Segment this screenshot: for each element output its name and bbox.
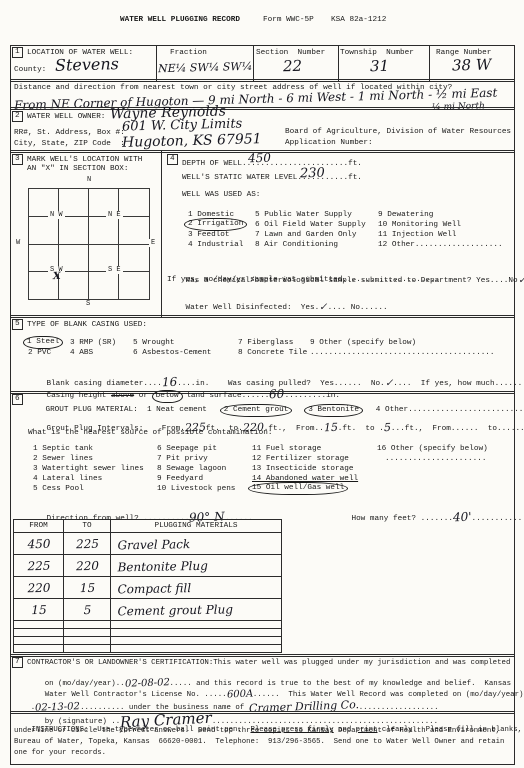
contam-option-4: 4 Lateral lines: [33, 474, 102, 484]
used-option-5: 5 Public Water Supply: [255, 210, 352, 220]
compass-w-label: W: [14, 239, 22, 247]
casing-option-3: 3 RMP (SR): [70, 338, 116, 348]
casing-option-2: 2 PVC: [28, 348, 51, 358]
interval2-from-value: 15: [324, 422, 338, 433]
used-option-9: 9 Dewatering: [378, 210, 433, 220]
application-number-label: Application Number:: [285, 138, 373, 148]
divider: [429, 46, 430, 81]
chem-sample-no-checkmark: ✓: [517, 276, 524, 286]
divider: [338, 46, 339, 81]
used-option-8: 8 Air Conditioning: [255, 240, 338, 250]
statute-number: KSA 82a-1212: [331, 15, 386, 25]
contam-option-5: 5 Cess Pool: [33, 484, 84, 494]
table-row-empty: [14, 645, 282, 653]
well-location-x-mark: X: [53, 272, 61, 282]
well-used-as-label: WELL WAS USED AS:: [182, 190, 260, 200]
compass-e-label: E: [149, 239, 157, 247]
casing-option-8: 8 Concrete Tile: [238, 348, 307, 358]
disinfected-yes-checkmark: ✓: [319, 303, 328, 313]
water-well-plugging-record-form: WATER WELL PLUGGING RECORD Form WWC-5P K…: [0, 0, 524, 768]
certification-line1: CONTRACTOR'S OR LANDOWNER'S CERTIFICATIO…: [27, 658, 510, 668]
county-value: Stevens: [55, 56, 119, 74]
compass-n-label: N: [85, 176, 93, 184]
material-value: Compact fill: [110, 575, 281, 600]
contam-option-12: 12 Fertilizer storage: [252, 454, 349, 464]
city-state-zip-label: City, State, ZIP Code :: [14, 139, 125, 149]
to-value: [64, 629, 111, 637]
interval2-to-value: 5: [384, 422, 391, 433]
instructions-line2: underline or circle the correct answers.…: [14, 726, 500, 736]
city-state-zip-value: Hugoton, KS 67951: [122, 132, 262, 150]
section-number-value: 22: [283, 59, 302, 74]
section6-number: 6: [12, 394, 23, 405]
grid-line: [29, 244, 149, 245]
material-value: [111, 645, 282, 653]
used-option-12: 12 Other...................: [378, 240, 503, 250]
col-header-materials: PLUGGING MATERIALS: [111, 520, 282, 533]
interval-dots: ...ft., From...... to......ft.: [391, 425, 524, 433]
contam-option-2: 2 Sewer lines: [33, 454, 93, 464]
used-option-6: 6 Oil Field Water Supply: [255, 220, 366, 230]
from-value: 225: [13, 554, 63, 577]
section2-number: 2: [12, 111, 23, 122]
used-option-4: 4 Industrial: [188, 240, 243, 250]
col-header-to: TO: [64, 520, 111, 533]
to-value: [64, 645, 111, 653]
section7-number: 7: [12, 657, 23, 668]
material-value: Cement grout Plug: [110, 597, 281, 622]
disinfected-dots: .... No......: [328, 304, 388, 312]
divider: [253, 46, 254, 81]
plugging-intervals-table: FROM TO PLUGGING MATERIALS 450 225 Grave…: [13, 519, 282, 653]
compass-nw-label: N W: [48, 211, 65, 219]
grid-line: [29, 216, 149, 217]
how-many-feet-value: 40': [453, 511, 472, 524]
county-label: County:: [14, 65, 46, 75]
contam-option-3: 3 Watertight sewer lines: [33, 464, 144, 474]
section5-number: 5: [12, 319, 23, 330]
disinfected-label: Water Well Disinfected: Yes.: [185, 304, 319, 312]
interval-dots: .ft., From..: [264, 425, 324, 433]
section3-heading-line2: AN "X" IN SECTION BOX:: [27, 164, 129, 174]
address-label: RR#, St. Address, Box #:: [14, 128, 125, 138]
to-value: 220: [63, 554, 110, 577]
from-value: [14, 621, 64, 629]
casing-option-6: 6 Asbestos-Cement: [133, 348, 211, 358]
from-value: [14, 637, 64, 645]
section1-number: 1: [12, 47, 23, 58]
casing-option-5: 5 Wrought: [133, 338, 175, 348]
table-row-empty: [14, 637, 282, 645]
material-value: Gravel Pack: [110, 531, 281, 556]
casing-option-7: 7 Fiberglass: [238, 338, 293, 348]
static-water-level-label: WELL'S STATIC WATER LEVEL...........ft.: [182, 173, 362, 183]
contam-option-9: 9 Feedyard: [157, 474, 203, 484]
table-row: 450 225 Gravel Pack: [14, 533, 282, 555]
divider: [161, 151, 162, 317]
used-option-3: 3 Feedlot: [188, 230, 230, 240]
grid-line: [29, 271, 149, 272]
contam-option-8: 8 Sewage lagoon: [157, 464, 226, 474]
compass-se-label: S E: [106, 266, 123, 274]
casing-pulled-no-checkmark: ✓: [385, 379, 394, 389]
form-title: WATER WELL PLUGGING RECORD: [120, 15, 240, 25]
how-many-feet-line: How many feet? .......40'...........: [333, 500, 522, 534]
instructions-line3: Bureau of Water, Topeka, Kansas 66620-00…: [14, 737, 504, 747]
casing-pulled-dots: .... If yes, how much............: [393, 380, 524, 388]
fraction-label: Fraction: [170, 48, 207, 58]
depth-of-well-label: DEPTH OF WELL.......................ft.: [182, 159, 362, 169]
from-value: 450: [13, 532, 63, 555]
col-header-from: FROM: [14, 520, 64, 533]
table-header-row: FROM TO PLUGGING MATERIALS: [14, 520, 282, 533]
contam-option-1: 1 Septic tank: [33, 444, 93, 454]
contam-option-16: 16 Other (specify below): [377, 444, 488, 454]
from-value: [14, 645, 64, 653]
contamination-question: What is the nearest source of possible c…: [28, 428, 273, 438]
to-value: [64, 621, 111, 629]
contam-other-dots: ......................: [385, 454, 487, 464]
casing-other-dots: ........................................: [310, 348, 495, 358]
interval-dots: .ft. to .: [338, 425, 384, 433]
range-number-value: 38 W: [452, 57, 492, 73]
from-value: [14, 629, 64, 637]
divider: [156, 46, 157, 81]
contam-option-15-circled: 15 Oil well/Gas well: [248, 482, 348, 495]
material-value: [111, 629, 282, 637]
casing-option-4: 4 ABS: [70, 348, 93, 358]
material-value: [111, 637, 282, 645]
township-number-value: 31: [370, 59, 389, 74]
owner-label: WATER WELL OWNER:: [27, 112, 105, 122]
compass-ne-label: N E: [106, 211, 123, 219]
used-option-10: 10 Monitoring Well: [378, 220, 461, 230]
instructions-line4: one for your records.: [14, 748, 106, 758]
table-row-empty: [14, 629, 282, 637]
from-value: 220: [13, 576, 63, 599]
if-yes-sample-submitted-label: If yes, mo/day/yr sample was submitted..…: [167, 275, 439, 285]
depth-of-well-value: 450: [248, 152, 271, 165]
from-value: 15: [13, 598, 63, 621]
agency-label: Board of Agriculture, Division of Water …: [285, 127, 511, 137]
section5-heading: TYPE OF BLANK CASING USED:: [27, 320, 147, 330]
to-value: 225: [63, 532, 110, 555]
table-row: 225 220 Bentonite Plug: [14, 555, 282, 577]
contam-option-13: 13 Insecticide storage: [252, 464, 354, 474]
how-many-feet-label: How many feet? .......: [351, 515, 453, 523]
to-value: 15: [63, 576, 110, 599]
compass-s-label: S: [84, 300, 92, 308]
static-water-level-value: 230: [300, 167, 325, 181]
used-option-7: 7 Lawn and Garden Only: [255, 230, 357, 240]
contam-option-7: 7 Pit privy: [157, 454, 208, 464]
fraction-value: NE¼ SW¼ SW¼: [158, 61, 253, 74]
contam-option-6: 6 Seepage pit: [157, 444, 217, 454]
used-option-11: 11 Injection Well: [378, 230, 456, 240]
contam-option-10: 10 Livestock pens: [157, 484, 235, 494]
form-number: Form WWC-5P: [263, 15, 314, 25]
table-row: 15 5 Cement grout Plug: [14, 599, 282, 621]
table-row: 220 15 Compact fill: [14, 577, 282, 599]
to-value: 5: [63, 598, 110, 621]
section3-number: 3: [12, 154, 23, 165]
material-value: Bentonite Plug: [110, 553, 281, 578]
section-grid: [28, 188, 150, 300]
casing-option-9: 9 Other (specify below): [310, 338, 416, 348]
feet-dots: ...........: [472, 515, 523, 523]
to-value: [64, 637, 111, 645]
section4-number: 4: [167, 154, 178, 165]
contam-option-11: 11 Fuel storage: [252, 444, 321, 454]
